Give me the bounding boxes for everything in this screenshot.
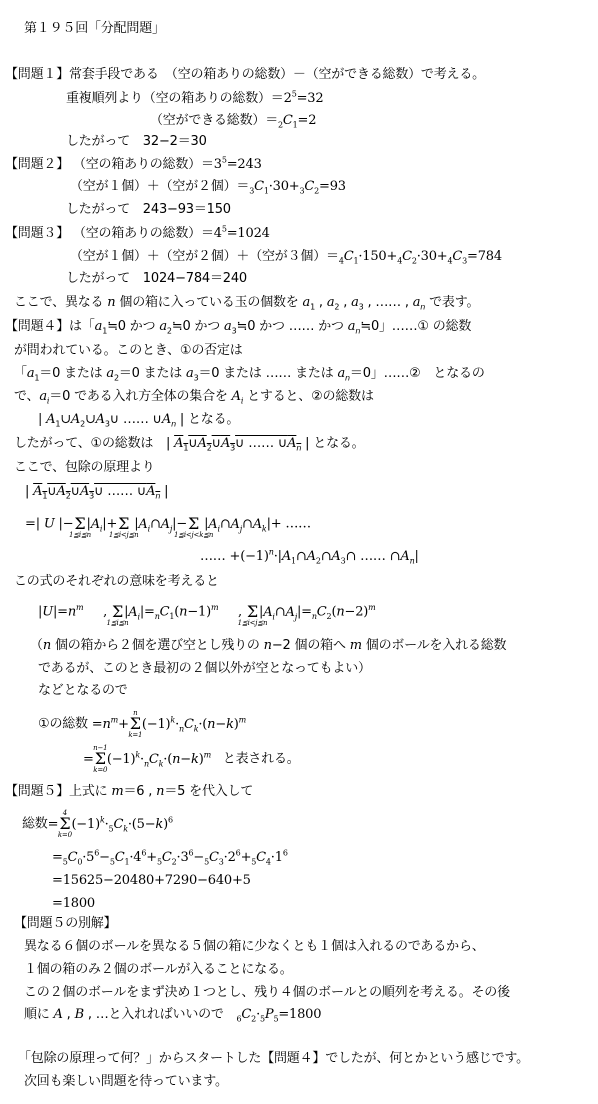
problem-4-line-10: …… +(−1)n·|A1∩A2∩A3∩ …… ∩An| bbox=[200, 549, 419, 565]
sigma-icon: n−1Σk=0 bbox=[95, 751, 106, 767]
problem-5-line-4: =15625−20480+7290−640+5 bbox=[52, 873, 251, 889]
problem-1-header: 【問題１】常套手段である （空の箱ありの総数）－（空ができる総数）で考える。 bbox=[5, 67, 485, 83]
problem-4-line-14: であるが、このとき最初の２個以外が空となってもよい） bbox=[38, 661, 371, 677]
problem-5-line-2: 総数=4Σk=0(−1)k·5Ck·(5−k)6 bbox=[22, 816, 173, 833]
problem-4-line-12: |U|=nm , Σ1≦i≦n|Ai|=nC1(n−1)m , Σ1≦i<j≦n… bbox=[38, 604, 376, 621]
sigma-icon: Σ1≦i≦n bbox=[112, 604, 123, 620]
text: （空の箱ありの総数）＝ bbox=[73, 226, 214, 241]
text: と表される。 bbox=[223, 752, 300, 767]
problem-3-line-3: したがって 1024−784＝240 bbox=[66, 271, 247, 287]
problem-2-line-1: 【問題２】 （空の箱ありの総数）＝35=243 bbox=[5, 157, 262, 173]
text: （空ができる総数）＝ bbox=[150, 113, 278, 128]
alt-solution-line-4: 順に A , B , …と入れればいいので 6C2·5P5=1800 bbox=[24, 1007, 321, 1023]
problem-3-line-1: 【問題３】 （空の箱ありの総数）＝45=1024 bbox=[5, 226, 270, 242]
text: （空の箱ありの総数）＝ bbox=[73, 157, 214, 172]
sigma-icon: Σ1≦i<j<k≦n bbox=[188, 516, 199, 532]
intro-n-boxes: ここで、異なる n 個の箱に入っている玉の個数を a1 , a2 , a3 , … bbox=[14, 295, 479, 311]
problem-3-line-2: （空が１個）＋（空が２個）＋（空が３個）＝4C1·150+4C2·30+4C3=… bbox=[70, 249, 502, 265]
text: （空が１個）＋（空が２個）＝ bbox=[70, 179, 249, 194]
problem-1-label: 【問題１】 bbox=[5, 67, 69, 82]
page-title: 第１９５回「分配問題」 bbox=[24, 21, 165, 37]
problem-1-intro: 常套手段である （空の箱ありの総数）－（空ができる総数）で考える。 bbox=[69, 67, 485, 82]
problem-4-line-6: したがって、①の総数は | A1∪A2∪A3∪ …… ∪An | となる。 bbox=[14, 436, 364, 452]
alt-solution-label: 【問題５の別解】 bbox=[14, 916, 116, 932]
problem-3-label: 【問題３】 bbox=[5, 226, 69, 241]
alt-solution-line-2: １個の箱のみ２個のボールが入ることになる。 bbox=[24, 962, 293, 978]
problem-4-line-17: =n−1Σk=0(−1)k·nCk·(n−k)m と表される。 bbox=[83, 751, 300, 768]
math-combination: 2C1=2 bbox=[278, 113, 316, 128]
closing-line-1: 「包除の原理って何？」からスタートした【問題４】でしたが、何とかという感じです。 bbox=[18, 1051, 529, 1067]
sigma-icon: nΣk=1 bbox=[130, 716, 141, 732]
label: 総数 bbox=[22, 817, 48, 832]
problem-5-label: 【問題５】 bbox=[5, 784, 69, 799]
problem-4-line-2: が問われている。このとき、①の否定は bbox=[14, 343, 243, 359]
math-power: 45=1024 bbox=[214, 226, 270, 241]
alt-solution-line-3: この２個のボールをまず決め１つとし、残り４個のボールとの順列を考える。その後 bbox=[24, 985, 510, 1001]
problem-5-line-5: =1800 bbox=[52, 896, 95, 912]
problem-2-line-3: したがって 243−93＝150 bbox=[66, 202, 231, 218]
label: ①の総数 bbox=[38, 717, 88, 732]
text: （空が１個）＋（空が２個）＋（空が３個）＝ bbox=[70, 249, 339, 264]
math-power: 35=243 bbox=[214, 157, 262, 172]
problem-4-line-15: などとなるので bbox=[38, 683, 128, 699]
math-expr: 3C1·30+3C2=93 bbox=[249, 179, 346, 194]
problem-4-line-4: で、ai＝0 である入れ方全体の集合を Ai とすると、②の総数は bbox=[14, 389, 374, 405]
problem-2-label: 【問題２】 bbox=[5, 157, 69, 172]
problem-1-line-3: （空ができる総数）＝2C1=2 bbox=[150, 113, 316, 129]
closing-line-2: 次回も楽しい問題を待っています。 bbox=[24, 1074, 228, 1090]
math-expr: 4C1·150+4C2·30+4C3=784 bbox=[339, 249, 502, 264]
sigma-icon: 4Σk=0 bbox=[59, 816, 70, 832]
text: 重複順列より（空の箱ありの総数）＝ bbox=[66, 91, 284, 106]
problem-2-line-2: （空が１個）＋（空が２個）＝3C1·30+3C2=93 bbox=[70, 179, 346, 195]
problem-4-label: 【問題４】 bbox=[5, 319, 69, 334]
problem-5-line-1: 【問題５】上式に m＝6 , n＝5 を代入して bbox=[5, 784, 253, 800]
sigma-icon: Σ1≦i≦n bbox=[74, 516, 85, 532]
problem-4-line-8: | A1∪A2∪A3∪ …… ∪An | bbox=[25, 484, 168, 500]
problem-4-line-5: | A1∪A2∪A3∪ …… ∪An | となる。 bbox=[38, 412, 239, 428]
problem-4-line-13: （n 個の箱から２個を選び空とし残りの n−2 個の箱へ m 個のボールを入れる… bbox=[30, 638, 506, 654]
sigma-icon: Σ1≦i<j≦n bbox=[247, 604, 258, 620]
problem-4-line-11: この式のそれぞれの意味を考えると bbox=[14, 574, 219, 590]
math-power: 25=32 bbox=[284, 91, 324, 106]
problem-5-line-3: =5C0·56−5C1·46+5C2·36−5C3·26+5C4·16 bbox=[52, 850, 288, 866]
alt-solution-line-1: 異なる６個のボールを異なる５個の箱に少なくとも１個は入れるのであるから、 bbox=[24, 939, 485, 955]
sigma-icon: Σ1≦i<j≦n bbox=[118, 516, 129, 532]
problem-4-line-7: ここで、包除の原理より bbox=[14, 460, 155, 476]
problem-4-line-3: 「a1＝0 または a2＝0 または a3＝0 または …… または an＝0」… bbox=[14, 366, 485, 382]
problem-4-line-16: ①の総数 =nm+nΣk=1(−1)k·nCk·(n−k)m bbox=[38, 716, 246, 733]
problem-4-line-9: =| U |−Σ1≦i≦n|Ai|+Σ1≦i<j≦n |Ai∩Aj|−Σ1≦i<… bbox=[25, 516, 311, 533]
problem-1-line-2: 重複順列より（空の箱ありの総数）＝25=32 bbox=[66, 91, 323, 107]
problem-4-line-1: 【問題４】は「a1≒0 かつ a2≒0 かつ a3≒0 かつ …… かつ an≒… bbox=[5, 319, 471, 335]
problem-1-line-4: したがって 32−2＝30 bbox=[66, 134, 207, 150]
